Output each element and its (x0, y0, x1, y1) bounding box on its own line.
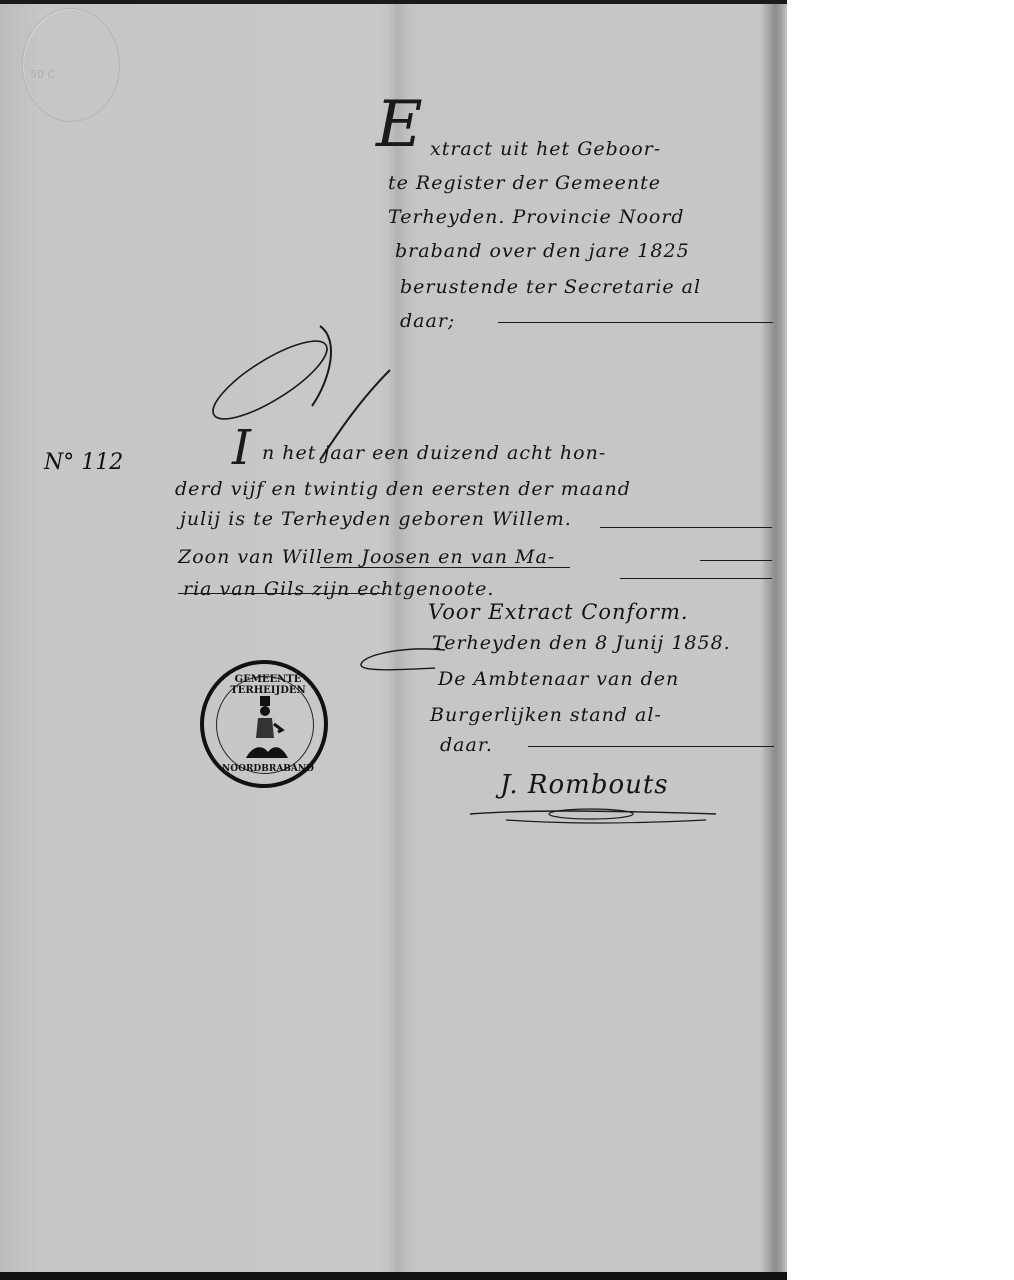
stamp-bottom-text: NOORDBRABAND (214, 764, 322, 774)
page-bottom-edge (0, 1272, 787, 1280)
stamp-top-text: GEMEENTE TERHEIJDEN (218, 674, 318, 696)
signature: J. Rombouts (500, 770, 669, 800)
cert-fill-line (528, 746, 774, 747)
document-page: 50 C E xtract uit het Geboor- te Registe… (0, 0, 787, 1274)
body-fill-line (620, 578, 772, 579)
register-number: N° 112 (44, 450, 123, 475)
header-line-1: xtract uit het Geboor- (430, 138, 661, 160)
body-line-3: julij is te Terheyden geboren Willem. (180, 508, 572, 530)
body-initial: I (232, 420, 251, 476)
cert-line-2: Terheyden den 8 Junij 1858. (432, 632, 731, 654)
body-line-5: ria van Gils zijn echtgenoote. (183, 578, 494, 600)
mother-name-underline-1 (700, 560, 772, 561)
body-line-2: derd vijf en twintig den eersten der maa… (175, 478, 631, 500)
cert-line-3: De Ambtenaar van den (438, 668, 679, 690)
header-line-3: Terheyden. Provincie Noord (388, 206, 685, 228)
embossed-seal-icon (22, 8, 120, 122)
header-fill-line (498, 322, 773, 323)
mother-name-underline-2 (178, 593, 386, 594)
header-line-4: braband over den jare 1825 (395, 240, 690, 262)
stamp-figure-icon (238, 694, 294, 760)
header-line-2: te Register der Gemeente (388, 172, 661, 194)
municipal-stamp: GEMEENTE TERHEIJDEN NOORDBRABAND (200, 660, 328, 788)
signature-flourish-icon (466, 800, 726, 830)
embossed-seal-text: 50 C (30, 68, 55, 81)
body-line-4: Zoon van Willem Joosen en van Ma- (178, 546, 555, 568)
cert-line-5: daar. (440, 734, 493, 756)
body-line-1: n het jaar een duizend acht hon- (262, 442, 606, 464)
body-underline-1 (600, 527, 772, 528)
header-line-5: berustende ter Secretarie al (400, 276, 701, 298)
cert-line-4: Burgerlijken stand al- (430, 704, 662, 726)
father-name-underline (320, 567, 570, 568)
header-initial: E (376, 88, 423, 162)
cert-line-1: Voor Extract Conform. (428, 600, 689, 624)
